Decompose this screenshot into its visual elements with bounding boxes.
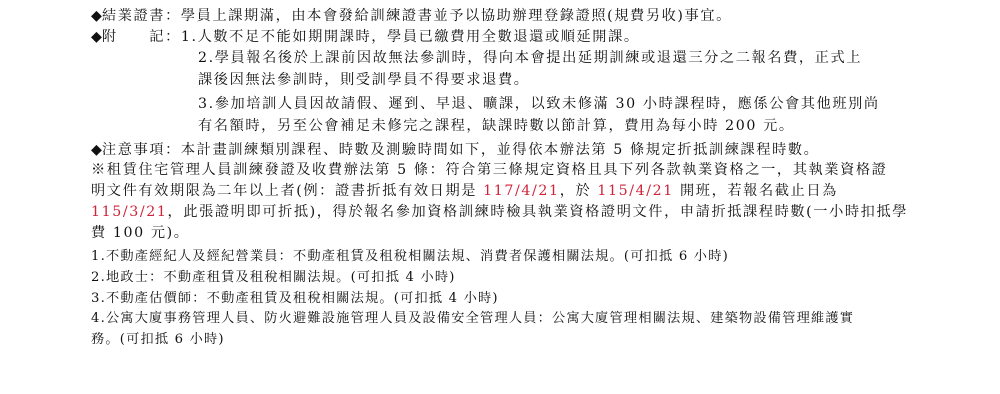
note-item-3: 3.參加培訓人員因故請假、遲到、早退、曠課，以致未修滿 30 小時課程時，應係公… — [198, 94, 880, 114]
qualification-item-4: 4.公寓大廈事務管理人員、防火避難設施管理人員及設備安全管理人員：公寓大廈管理相… — [91, 309, 854, 329]
note-item-2: 2.學員報名後於上課前因故無法參訓時，得向本會提出延期訓練或退還三分之二報名費，… — [198, 48, 862, 68]
attention-text: 本計畫訓練類別課程、時數及測驗時間如下，並得依本辦法第 5 條規定折抵訓練課程時… — [181, 142, 820, 158]
diamond-bullet-icon: ◆ — [91, 29, 102, 45]
diamond-bullet-icon: ◆ — [91, 8, 102, 24]
certificate-text: 學員上課期滿，由本會發給訓練證書並予以協助辦理登錄證照(規費另收)事宜。 — [181, 8, 732, 24]
note-item-3-cont: 有名額時，另至公會補足未修完之課程，缺課時數以節計算，費用為每小時 200 元。 — [198, 116, 795, 136]
regulation-line-3: 115/3/21，此張證明即可折抵)，得於報名參加資格訓練時檢具執業資格證明文件… — [91, 202, 908, 222]
deadline-date-highlight: 115/3/21 — [91, 204, 168, 220]
qualification-item-2: 2.地政士：不動產租賃及租稅相關法規。(可扣抵 4 小時) — [91, 268, 456, 288]
note-item-1: 1.人數不足不能如期開課時，學員已繳費用全數退還或順延開課。 — [181, 29, 640, 45]
notes-label: 附 記： — [102, 29, 181, 45]
qualification-item-4-cont: 務。(可扣抵 6 小時) — [91, 330, 225, 350]
note-item-2-cont: 課後因無法參訓時，則受訓學員不得要求退費。 — [198, 70, 530, 90]
class-start-date-highlight: 115/4/21 — [597, 183, 674, 199]
qualification-item-1: 1.不動產經紀人及經紀營業員：不動產租賃及租稅相關法規、消費者保護相關法規。(可… — [91, 247, 729, 267]
notes-row: ◆附 記：1.人數不足不能如期開課時，學員已繳費用全數退還或順延開課。 — [91, 27, 640, 47]
attention-label: 注意事項： — [102, 142, 181, 158]
regulation-line-4: 費 100 元)。 — [91, 223, 190, 243]
regulation-text: 明文件有效期限為二年以上者(例：證書折抵有效日期是 — [91, 183, 483, 199]
certificate-row: ◆結業證書：學員上課期滿，由本會發給訓練證書並予以協助辦理登錄證照(規費另收)事… — [91, 6, 732, 26]
regulation-line-2: 明文件有效期限為二年以上者(例：證書折抵有效日期是 117/4/21，於 115… — [91, 181, 838, 201]
expiry-date-highlight: 117/4/21 — [483, 183, 560, 199]
regulation-text: 開班，若報名截止日為 — [674, 183, 838, 199]
diamond-bullet-icon: ◆ — [91, 142, 102, 158]
regulation-text: ，於 — [560, 183, 598, 199]
regulation-text: ，此張證明即可折抵)，得於報名參加資格訓練時檢具執業資格證明文件，申請折抵課程時… — [168, 204, 909, 220]
attention-row: ◆注意事項：本計畫訓練類別課程、時數及測驗時間如下，並得依本辦法第 5 條規定折… — [91, 140, 819, 160]
qualification-item-3: 3.不動產估價師：不動產租賃及租稅相關法規。(可扣抵 4 小時) — [91, 289, 499, 309]
regulation-line-1: ※租賃住宅管理人員訓練發證及收費辦法第 5 條：符合第三條規定資格且具下列各款執… — [91, 160, 887, 180]
certificate-label: 結業證書： — [102, 8, 181, 24]
